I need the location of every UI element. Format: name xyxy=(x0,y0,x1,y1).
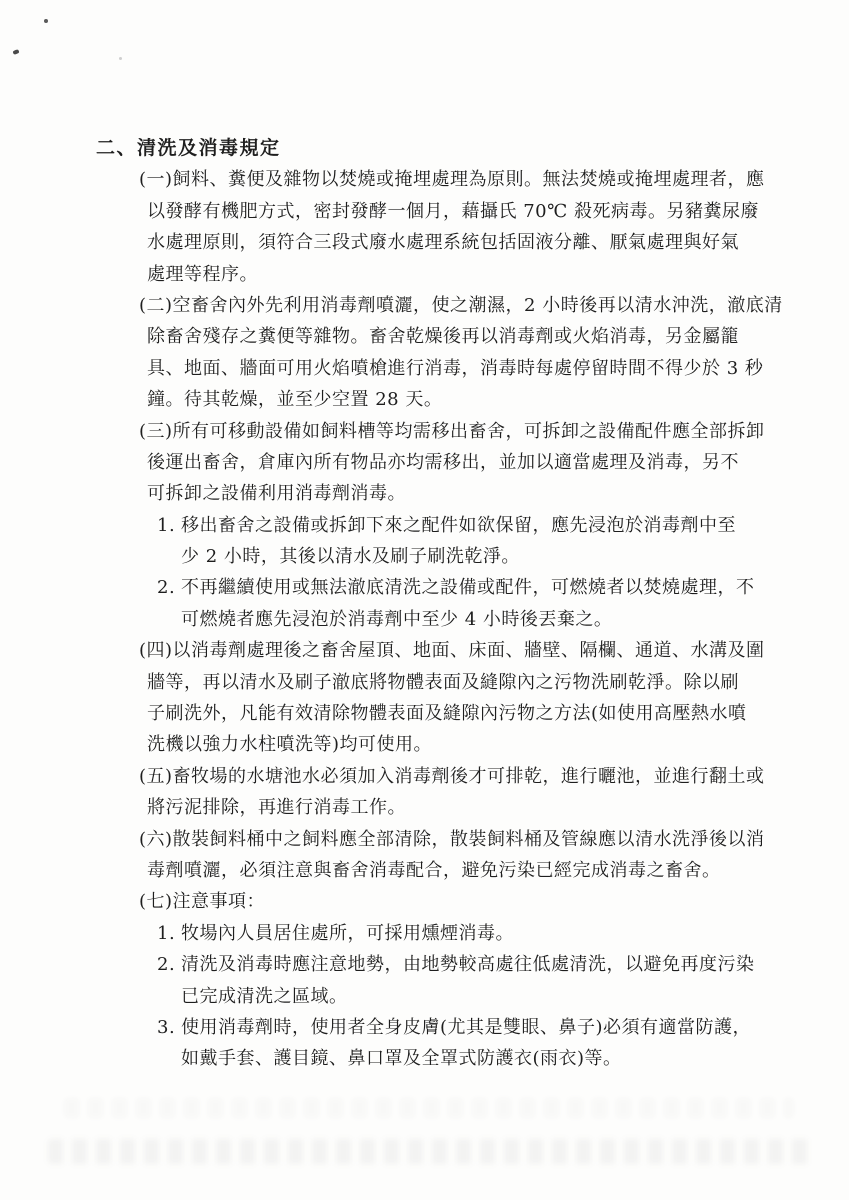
item-3-subitem-2-line: 可燃燒者應先浸泡於消毒劑中至少 4 小時後丟棄之。 xyxy=(0,604,849,635)
item-3-line: 可拆卸之設備利用消毒劑消毒。 xyxy=(0,478,849,509)
item-7-marker: (七) xyxy=(139,891,173,912)
item-1-line: 水處理原則，須符合三段式廢水處理系統包括固液分離、厭氣處理與好氣 xyxy=(0,227,849,258)
subitem-number: 2. xyxy=(157,572,181,603)
item-3-subitem-1-line: 少 2 小時，其後以清水及刷子刷洗乾淨。 xyxy=(0,541,849,572)
scanned-document-page: 二、清洗及消毒規定 (一)飼料、糞便及雜物以焚燒或掩埋處理為原則。無法焚燒或掩埋… xyxy=(0,0,849,1200)
item-7-subitem-2-line: 2.清洗及消毒時應注意地勢，由地勢較高處往低處清洗，以避免再度污染 xyxy=(0,949,849,980)
item-1-line: 以發酵有機肥方式，密封發酵一個月，藉攝氏 70℃ 殺死病毒。另豬糞尿廢 xyxy=(0,196,849,227)
item-2-line: 鐘。待其乾燥，並至少空置 28 天。 xyxy=(0,384,849,415)
scan-speck xyxy=(44,19,48,23)
item-2-line: (二)空畜舍內外先利用消毒劑噴灑，使之潮濕，2 小時後再以清水沖洗，澈底清 xyxy=(0,290,849,321)
item-1-marker: (一) xyxy=(139,169,173,190)
item-5-text: 畜牧場的水塘池水必須加入消毒劑後才可排乾，進行曬池，並進行翻土或 xyxy=(173,766,765,787)
item-3-subitem-2-line: 2.不再繼續使用或無法澈底清洗之設備或配件，可燃燒者以焚燒處理，不 xyxy=(0,572,849,603)
item-6-text: 散裝飼料桶中之飼料應全部清除，散裝飼料桶及管線應以清水洗淨後以消 xyxy=(173,829,765,850)
subitem-text: 使用消毒劑時，使用者全身皮膚(尤其是雙眼、鼻子)必須有適當防護， xyxy=(181,1017,751,1038)
item-3-text: 所有可移動設備如飼料槽等均需移出畜舍，可拆卸之設備配件應全部拆卸 xyxy=(173,421,765,442)
item-3-line: 後運出畜舍，倉庫內所有物品亦均需移出，並加以適當處理及消毒，另不 xyxy=(0,447,849,478)
page-bleed-through-ghost xyxy=(64,1098,794,1118)
item-3-line: (三)所有可移動設備如飼料槽等均需移出畜舍，可拆卸之設備配件應全部拆卸 xyxy=(0,416,849,447)
item-5-marker: (五) xyxy=(139,766,173,787)
item-4-line: 子刷洗外，凡能有效清除物體表面及縫隙內污物之方法(如使用高壓熱水噴 xyxy=(0,698,849,729)
subitem-number: 1. xyxy=(157,918,181,949)
subitem-number: 1. xyxy=(157,510,181,541)
item-2-marker: (二) xyxy=(139,295,173,316)
section-heading: 二、清洗及消毒規定 xyxy=(0,133,849,164)
item-6-marker: (六) xyxy=(139,829,173,850)
item-7-subitem-2-line: 已完成清洗之區域。 xyxy=(0,981,849,1012)
item-4-text: 以消毒劑處理後之畜舍屋頂、地面、床面、牆壁、隔欄、通道、水溝及圍 xyxy=(173,640,765,661)
subitem-number: 3. xyxy=(157,1012,181,1043)
item-7-line: (七)注意事項： xyxy=(0,886,849,917)
item-7-text: 注意事項： xyxy=(173,891,266,912)
item-1-text: 飼料、糞便及雜物以焚燒或掩埋處理為原則。無法焚燒或掩埋處理者，應 xyxy=(173,169,765,190)
item-4-marker: (四) xyxy=(139,640,173,661)
item-6-line: 毒劑噴灑，必須注意與畜舍消毒配合，避免污染已經完成消毒之畜舍。 xyxy=(0,855,849,886)
item-7-subitem-3-line: 如戴手套、護目鏡、鼻口罩及全罩式防護衣(雨衣)等。 xyxy=(0,1043,849,1074)
scan-speck xyxy=(119,57,122,60)
item-7-subitem-3-line: 3.使用消毒劑時，使用者全身皮膚(尤其是雙眼、鼻子)必須有適當防護， xyxy=(0,1012,849,1043)
item-6-line: (六)散裝飼料桶中之飼料應全部清除，散裝飼料桶及管線應以清水洗淨後以消 xyxy=(0,824,849,855)
item-3-marker: (三) xyxy=(139,421,173,442)
item-4-line: (四)以消毒劑處理後之畜舍屋頂、地面、床面、牆壁、隔欄、通道、水溝及圍 xyxy=(0,635,849,666)
subitem-text: 牧場內人員居住處所，可採用燻煙消毒。 xyxy=(181,923,514,944)
item-2-line: 具、地面、牆面可用火焰噴槍進行消毒，消毒時每處停留時間不得少於 3 秒 xyxy=(0,353,849,384)
item-1-line: (一)飼料、糞便及雜物以焚燒或掩埋處理為原則。無法焚燒或掩埋處理者，應 xyxy=(0,164,849,195)
item-5-line: (五)畜牧場的水塘池水必須加入消毒劑後才可排乾，進行曬池，並進行翻土或 xyxy=(0,761,849,792)
item-3-subitem-1-line: 1.移出畜舍之設備或拆卸下來之配件如欲保留，應先浸泡於消毒劑中至 xyxy=(0,510,849,541)
item-5-line: 將污泥排除，再進行消毒工作。 xyxy=(0,792,849,823)
subitem-text: 清洗及消毒時應注意地勢，由地勢較高處往低處清洗，以避免再度污染 xyxy=(181,954,755,975)
document-body: 二、清洗及消毒規定 (一)飼料、糞便及雜物以焚燒或掩埋處理為原則。無法焚燒或掩埋… xyxy=(0,133,849,1075)
item-7-subitem-1-line: 1.牧場內人員居住處所，可採用燻煙消毒。 xyxy=(0,918,849,949)
item-4-line: 洗機以強力水柱噴洗等)均可使用。 xyxy=(0,729,849,760)
page-bleed-through-ghost xyxy=(48,1139,816,1164)
scan-speck xyxy=(12,49,19,55)
subitem-number: 2. xyxy=(157,949,181,980)
item-2-line: 除畜舍殘存之糞便等雜物。畜舍乾燥後再以消毒劑或火焰消毒，另金屬籠 xyxy=(0,321,849,352)
subitem-text: 不再繼續使用或無法澈底清洗之設備或配件，可燃燒者以焚燒處理，不 xyxy=(181,577,755,598)
item-2-text: 空畜舍內外先利用消毒劑噴灑，使之潮濕，2 小時後再以清水沖洗，澈底清 xyxy=(173,295,783,316)
subitem-text: 移出畜舍之設備或拆卸下來之配件如欲保留，應先浸泡於消毒劑中至 xyxy=(181,515,736,536)
item-1-line: 處理等程序。 xyxy=(0,259,849,290)
item-4-line: 牆等，再以清水及刷子澈底將物體表面及縫隙內之污物洗刷乾淨。除以刷 xyxy=(0,667,849,698)
